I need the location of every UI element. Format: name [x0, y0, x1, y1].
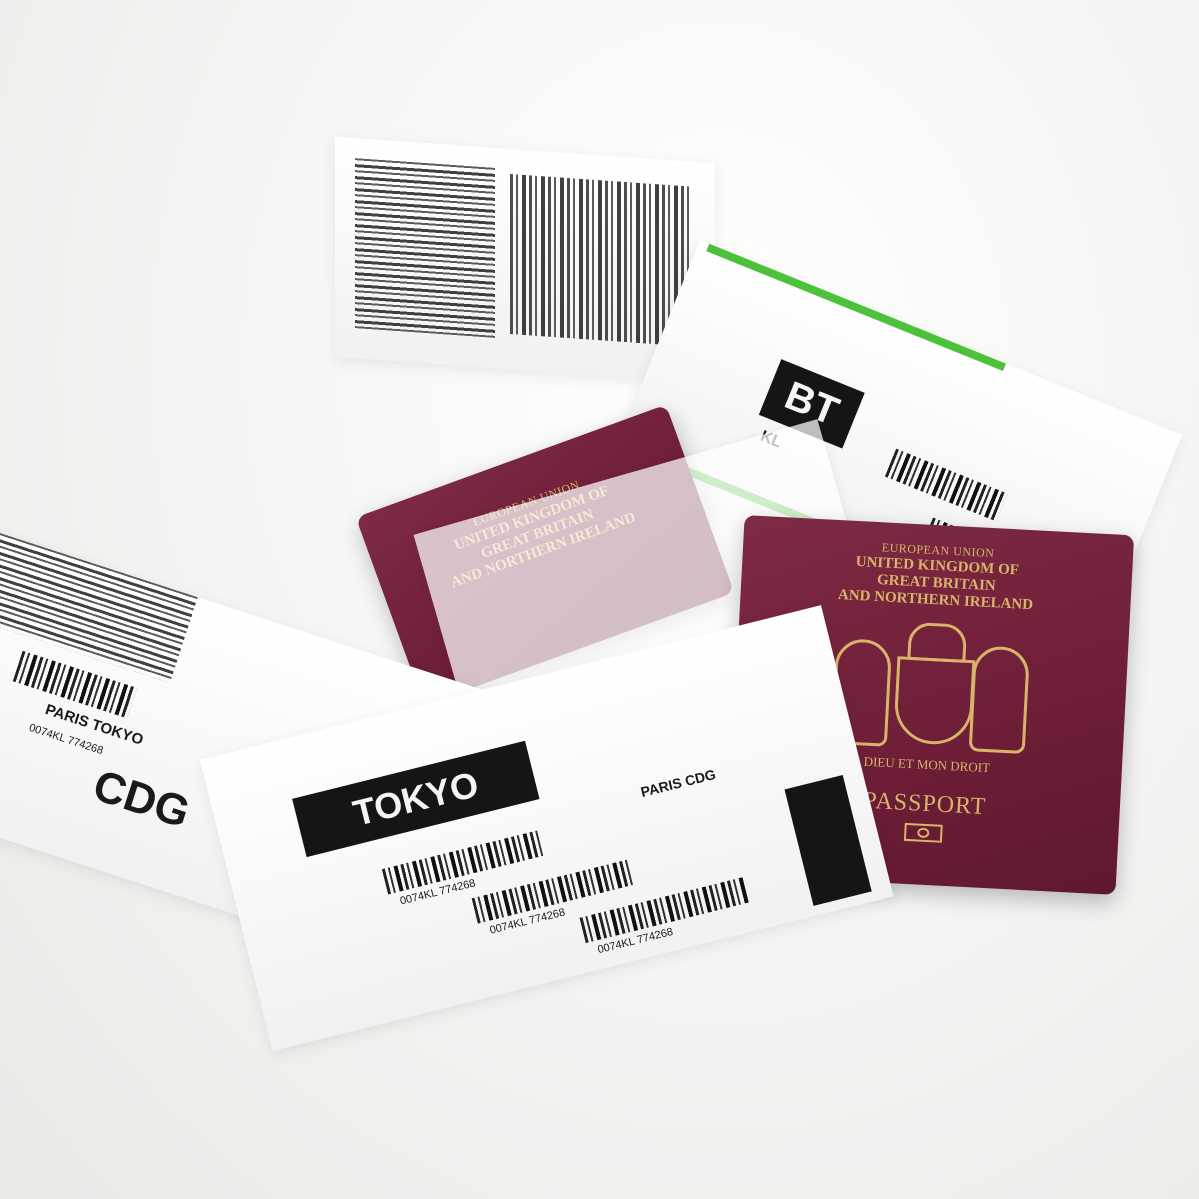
black-stitch-block	[784, 775, 871, 906]
barcode-pattern	[885, 449, 1008, 522]
biometric-chip-icon	[904, 823, 943, 843]
barcode-pattern	[510, 174, 690, 347]
barcode-pattern	[355, 158, 495, 338]
airport-code: CDG	[87, 761, 195, 839]
route-text: PARIS CDG	[639, 766, 717, 800]
